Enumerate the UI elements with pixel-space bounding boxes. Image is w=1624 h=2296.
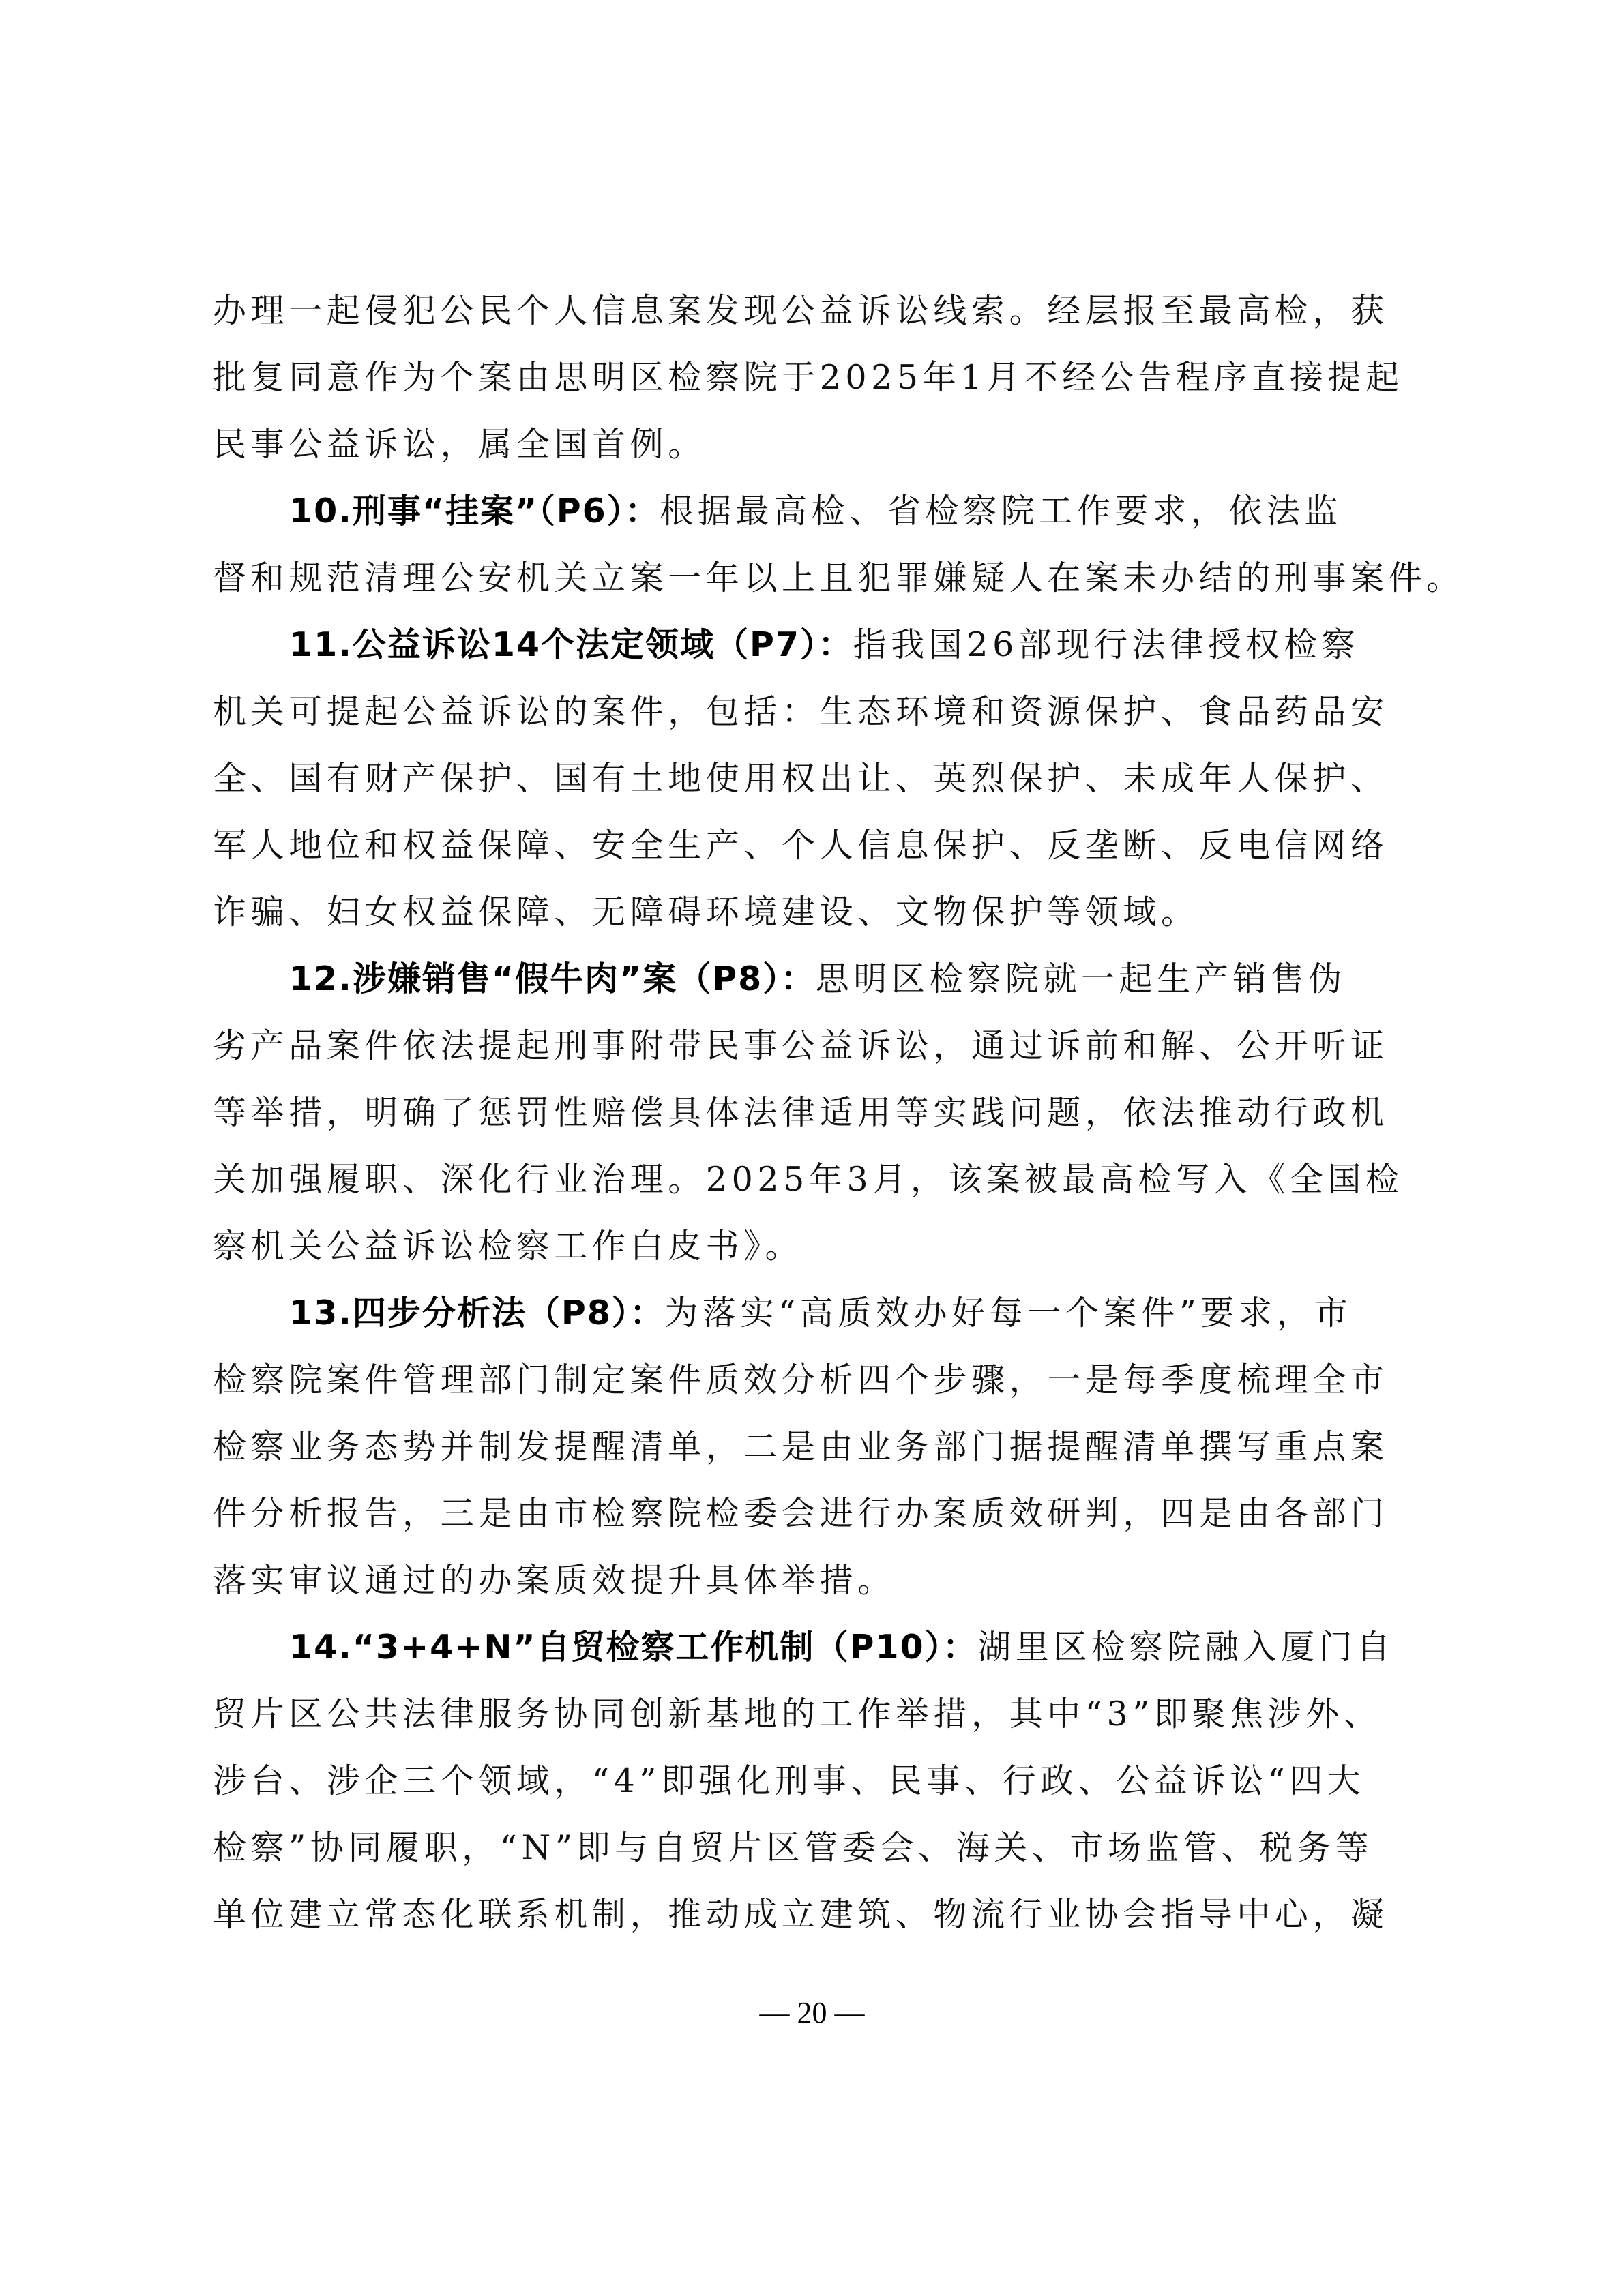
paragraph-line: 件分析报告，三是由市检察院检委会进行办案质效研判，四是由各部门 [213, 1480, 1400, 1547]
item-12-text: 思明区检察院就一起生产销售伪 [816, 959, 1346, 998]
paragraph-line: 诈骗、妇女权益保障、无障碍环境建设、文物保护等领域。 [213, 879, 1400, 946]
paragraph-line: 全、国有财产保护、国有土地使用权出让、英烈保护、未成年人保护、 [213, 745, 1400, 812]
document-page: 办理一起侵犯公民个人信息案发现公益诉讼线索。经层报至最高检，获 批复同意作为个案… [0, 0, 1624, 2296]
item-13-title: 四步分析法（P8）： [353, 1294, 665, 1332]
item-10-first-line: 10.刑事“挂案”（P6）：根据最高检、省检察院工作要求，依法监 [213, 478, 1400, 545]
item-10-number: 10. [289, 492, 353, 531]
paragraph-line: 等举措，明确了惩罚性赔偿具体法律适用等实践问题，依法推动行政机 [213, 1079, 1400, 1146]
item-10-title: 刑事“挂案”（P6）： [353, 492, 660, 531]
item-11-text: 指我国26部现行法律授权检察 [853, 625, 1360, 664]
item-14-first-line: 14.“3+4+N”自贸检察工作机制（P10）：湖里区检察院融入厦门自 [213, 1614, 1400, 1681]
page-number: — 20 — [0, 1993, 1624, 2033]
paragraph-line: 关加强履职、深化行业治理。2025年3月，该案被最高检写入《全国检 [213, 1146, 1400, 1213]
paragraph-line: 贸片区公共法律服务协同创新基地的工作举措，其中“3”即聚焦涉外、 [213, 1681, 1400, 1748]
document-body: 办理一起侵犯公民个人信息案发现公益诉讼线索。经层报至最高检，获 批复同意作为个案… [213, 278, 1400, 1948]
paragraph-line: 察机关公益诉讼检察工作白皮书》。 [213, 1213, 1400, 1280]
paragraph-line: 批复同意作为个案由思明区检察院于2025年1月不经公告程序直接提起 [213, 344, 1400, 411]
paragraph-line: 单位建立常态化联系机制，推动成立建筑、物流行业协会指导中心，凝 [213, 1881, 1400, 1948]
paragraph-line: 机关可提起公益诉讼的案件，包括：生态环境和资源保护、食品药品安 [213, 679, 1400, 745]
item-14-number: 14. [289, 1628, 353, 1667]
item-14-text: 湖里区检察院融入厦门自 [977, 1628, 1395, 1667]
item-14-title: “3+4+N”自贸检察工作机制（P10）： [353, 1628, 977, 1667]
item-11-number: 11. [289, 625, 353, 664]
item-13-first-line: 13.四步分析法（P8）：为落实“高质效办好每一个案件”要求，市 [213, 1280, 1400, 1347]
item-12-number: 12. [289, 959, 353, 998]
item-13-text: 为落实“高质效办好每一个案件”要求，市 [664, 1294, 1353, 1332]
paragraph-line: 检察业务态势并制发提醒清单，二是由业务部门据提醒清单撰写重点案 [213, 1414, 1400, 1480]
paragraph-line: 落实审议通过的办案质效提升具体举措。 [213, 1547, 1400, 1614]
paragraph-line: 督和规范清理公安机关立案一年以上且犯罪嫌疑人在案未办结的刑事案件。 [213, 545, 1400, 612]
item-12-first-line: 12.涉嫌销售“假牛肉”案（P8）：思明区检察院就一起生产销售伪 [213, 946, 1400, 1013]
item-11-first-line: 11.公益诉讼14个法定领域（P7）：指我国26部现行法律授权检察 [213, 612, 1400, 679]
paragraph-line: 劣产品案件依法提起刑事附带民事公益诉讼，通过诉前和解、公开听证 [213, 1013, 1400, 1079]
item-10-text: 根据最高检、省检察院工作要求，依法监 [660, 492, 1342, 531]
item-12-title: 涉嫌销售“假牛肉”案（P8）： [353, 959, 816, 998]
item-11-title: 公益诉讼14个法定领域（P7）： [353, 625, 853, 664]
item-13-number: 13. [289, 1294, 353, 1332]
paragraph-line: 军人地位和权益保障、安全生产、个人信息保护、反垄断、反电信网络 [213, 812, 1400, 879]
paragraph-line: 检察”协同履职，“N”即与自贸片区管委会、海关、市场监管、税务等 [213, 1815, 1400, 1881]
paragraph-line: 涉台、涉企三个领域，“4”即强化刑事、民事、行政、公益诉讼“四大 [213, 1748, 1400, 1815]
paragraph-line: 民事公益诉讼，属全国首例。 [213, 411, 1400, 478]
paragraph-line: 检察院案件管理部门制定案件质效分析四个步骤，一是每季度梳理全市 [213, 1347, 1400, 1414]
paragraph-line: 办理一起侵犯公民个人信息案发现公益诉讼线索。经层报至最高检，获 [213, 278, 1400, 344]
